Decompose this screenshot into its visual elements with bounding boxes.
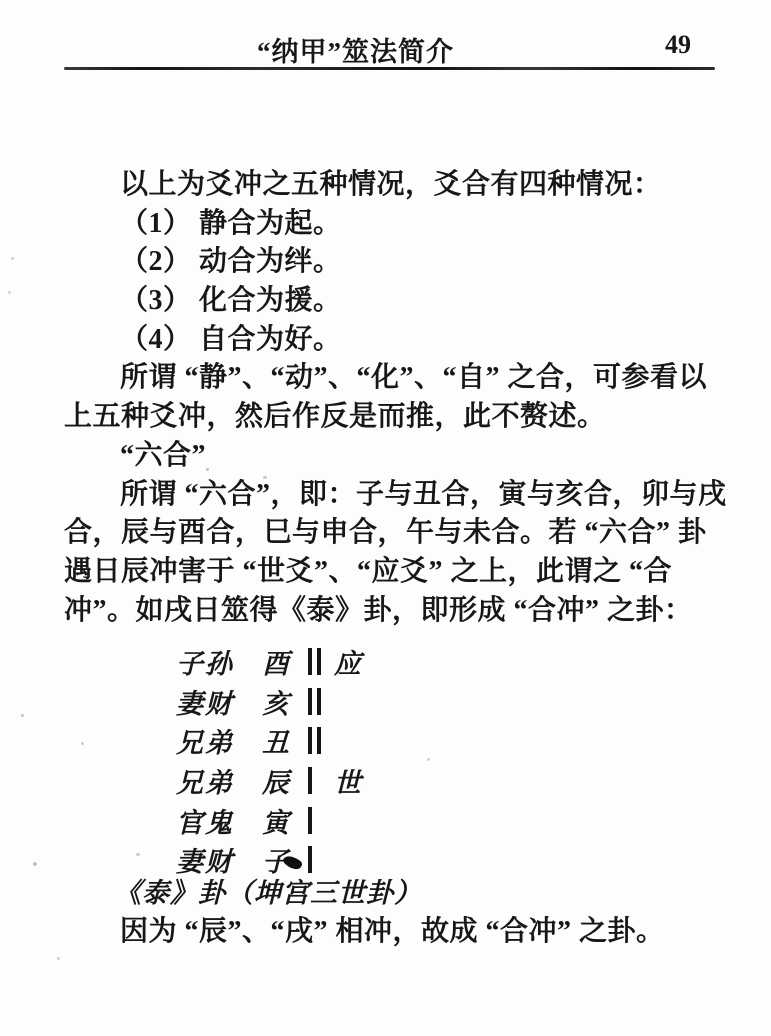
- earthly-branch-label: 亥: [262, 682, 292, 721]
- text-line: 遇日辰冲害于 “世爻”、“应爻” 之上，此谓之 “合: [64, 553, 714, 592]
- hexagram-row: 妻财亥: [64, 682, 714, 722]
- scan-speck: [263, 476, 267, 479]
- text-line: （2） 动合为绊。: [64, 243, 714, 282]
- scan-speck: [136, 853, 140, 856]
- scan-speck: [81, 742, 84, 745]
- scan-speck: [8, 291, 11, 294]
- body-text: 以上为爻冲之五种情况，爻合有四种情况：（1） 静合为起。（2） 动合为绊。（3）…: [64, 166, 714, 630]
- hexagram-row: 官鬼寅: [64, 800, 714, 840]
- scan-speck: [206, 468, 209, 471]
- closing-line: 因为 “辰”、“戌” 相冲，故成 “合冲” 之卦。: [64, 912, 665, 951]
- hexagram-diagram: 子孙酉应妻财亥兄弟丑兄弟辰世官鬼寅妻财子: [64, 642, 714, 880]
- hexagram-caption: 《泰》卦（坤宫三世卦）: [64, 874, 422, 912]
- yin-line-icon: [308, 688, 324, 715]
- scan-speck: [21, 714, 24, 717]
- page-number: 49: [665, 30, 691, 60]
- text-line: 合，辰与酉合，巳与申合，午与未合。若 “六合” 卦: [64, 514, 714, 553]
- six-relative-label: 兄弟: [176, 721, 238, 760]
- yang-line-icon: [308, 767, 324, 794]
- yin-line-icon: [308, 648, 324, 675]
- scan-speck: [427, 758, 430, 761]
- text-line: （4） 自合为好。: [64, 321, 714, 360]
- scan-speck: [33, 862, 37, 866]
- yang-line-icon: [308, 846, 324, 873]
- yang-line-icon: [308, 807, 324, 834]
- hexagram-row: 子孙酉应: [64, 642, 714, 682]
- earthly-branch-label: 寅: [262, 801, 292, 840]
- text-line: 上五种爻冲，然后作反是而推，此不赘述。: [64, 398, 714, 437]
- yin-line-icon: [308, 727, 324, 754]
- shi-ying-marker: 应: [334, 642, 362, 681]
- earthly-branch-label: 丑: [262, 721, 292, 760]
- page-header-title: “纳甲”筮法简介: [0, 30, 711, 69]
- text-line: 所谓 “六合”，即：子与丑合，寅与亥合，卯与戌: [64, 476, 714, 515]
- header-rule: [64, 67, 715, 70]
- text-line: 所谓 “静”、“动”、“化”、“自” 之合，可参看以: [64, 359, 714, 398]
- shi-ying-marker: 世: [334, 761, 362, 800]
- text-line: “六合”: [64, 437, 714, 476]
- text-line: 以上为爻冲之五种情况，爻合有四种情况：: [64, 166, 714, 205]
- six-relative-label: 官鬼: [176, 801, 238, 840]
- text-line: 冲”。如戌日筮得《泰》卦，即形成 “合冲” 之卦：: [64, 592, 714, 631]
- earthly-branch-label: 酉: [262, 642, 292, 681]
- book-page: “纳甲”筮法简介 49 以上为爻冲之五种情况，爻合有四种情况：（1） 静合为起。…: [0, 0, 771, 1036]
- hexagram-row: 兄弟辰世: [64, 761, 714, 801]
- six-relative-label: 兄弟: [176, 761, 238, 800]
- text-line: （3） 化合为援。: [64, 282, 714, 321]
- six-relative-label: 子孙: [176, 642, 238, 681]
- hexagram-row: 兄弟丑: [64, 721, 714, 761]
- scan-speck: [11, 257, 14, 260]
- text-line: （1） 静合为起。: [64, 205, 714, 244]
- earthly-branch-label: 辰: [262, 761, 292, 800]
- scan-speck: [57, 957, 60, 960]
- six-relative-label: 妻财: [176, 682, 238, 721]
